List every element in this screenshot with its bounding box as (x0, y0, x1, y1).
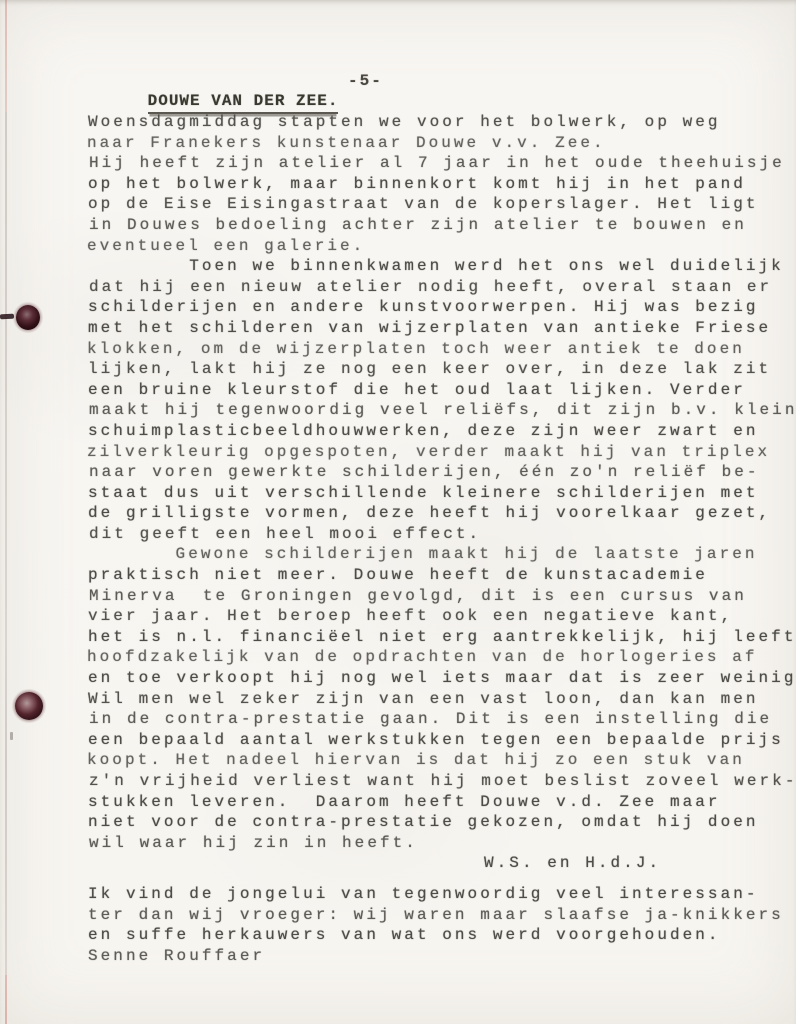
text-line: stukken leveren. Daarom heeft Douwe v.d.… (88, 792, 796, 813)
body-text: Woensdagmiddag stapten we voor het bolwe… (88, 112, 796, 853)
text-line: Hij heeft zijn atelier al 7 jaar in het … (89, 153, 796, 174)
text-line: schilderijen en andere kunstvoorwerpen. … (88, 297, 796, 318)
binding-hole-top (16, 305, 40, 330)
text-line: een bruine kleurstof die het oud laat li… (88, 380, 796, 401)
text-line: op de Eise Eisingastraat van de kopersla… (88, 194, 796, 215)
text-line: in Douwes bedoeling achter zijn atelier … (89, 215, 796, 236)
text-line: Wil men wel zeker zijn van een vast loon… (88, 689, 796, 710)
text-line: en suffe herkauwers van wat ons werd voo… (88, 925, 796, 946)
text-line: maakt hij tegenwoordig veel reliëfs, dit… (89, 400, 796, 421)
ink-tick-mark (10, 732, 13, 740)
text-line: naar Franekers kunstenaar Douwe v.v. Zee… (87, 133, 796, 154)
text-line: hoofdzakelijk van de opdrachten van de h… (87, 647, 796, 668)
text-line: klokken, om de wijzerplaten toch weer an… (87, 339, 796, 360)
text-line: naar voren gewerkte schilderijen, één zo… (89, 462, 796, 483)
text-line: wil waar hij zin in heeft. (89, 833, 796, 854)
text-line: Minerva te Groningen gevolgd, dit is een… (89, 586, 796, 607)
text-line: in de contra-prestatie gaan. Dit is een … (89, 709, 796, 730)
text-line: Woensdagmiddag stapten we voor het bolwe… (88, 112, 796, 133)
text-line: eventueel een galerie. (87, 236, 796, 257)
text-line: praktisch niet meer. Douwe heeft de kuns… (88, 565, 796, 586)
signature-line: W.S. en H.d.J. (88, 853, 796, 874)
text-line: Toen we binnenkwamen werd het ons wel du… (88, 256, 796, 277)
text-line: en toe verkoopt hij nog wel iets maar da… (88, 668, 796, 689)
text-line: ter dan wij vroeger: wij waren maar slaa… (88, 905, 796, 926)
text-line: lijken, lakt hij ze nog een keer over, i… (88, 359, 796, 380)
text-line: koopt. Het nadeel hiervan is dat hij zo … (87, 750, 796, 771)
text-line: schuimplasticbeeldhouwwerken, deze zijn … (88, 421, 796, 442)
text-line: staat dus uit verschillende kleinere sch… (88, 483, 796, 504)
text-line: Ik vind de jongelui van tegenwoordig vee… (88, 884, 796, 905)
scan-crease-line (5, 0, 7, 1024)
text-line: vier jaar. Het beroep heeft ook een nega… (88, 606, 796, 627)
ink-mark (0, 314, 14, 320)
text-line: op het bolwerk, maar binnenkort komt hij… (88, 174, 796, 195)
text-line: het is n.l. financiëel niet erg aantrekk… (88, 627, 796, 648)
postscript-text: Ik vind de jongelui van tegenwoordig vee… (88, 884, 796, 966)
text-line: Senne Rouffaer (88, 946, 796, 967)
text-line: dat hij een nieuw atelier nodig heeft, o… (89, 277, 796, 298)
text-line: zilverkleurig opgespoten, verder maakt h… (87, 442, 796, 463)
text-flow: Woensdagmiddag stapten we voor het bolwe… (88, 112, 796, 966)
text-line: niet voor de contra-prestatie gekozen, o… (88, 812, 796, 833)
document-title: DOUWE VAN DER ZEE. (148, 92, 339, 114)
text-line: Gewone schilderijen maakt hij de laatste… (87, 544, 796, 565)
binding-hole-bottom (15, 692, 43, 720)
page-number: -5- (348, 72, 383, 90)
scanned-document-page: DOUWE VAN DER ZEE. -5- Woensdagmiddag st… (0, 0, 796, 1024)
text-line: de grilligste vormen, deze heeft hij voo… (88, 503, 796, 524)
text-line: met het schilderen van wijzerplaten van … (88, 318, 796, 339)
text-line: dit geeft een heel mooi effect. (89, 524, 796, 545)
text-line: een bepaald aantal werkstukken tegen een… (88, 730, 796, 751)
text-line: z'n vrijheid verliest want hij moet besl… (89, 771, 796, 792)
